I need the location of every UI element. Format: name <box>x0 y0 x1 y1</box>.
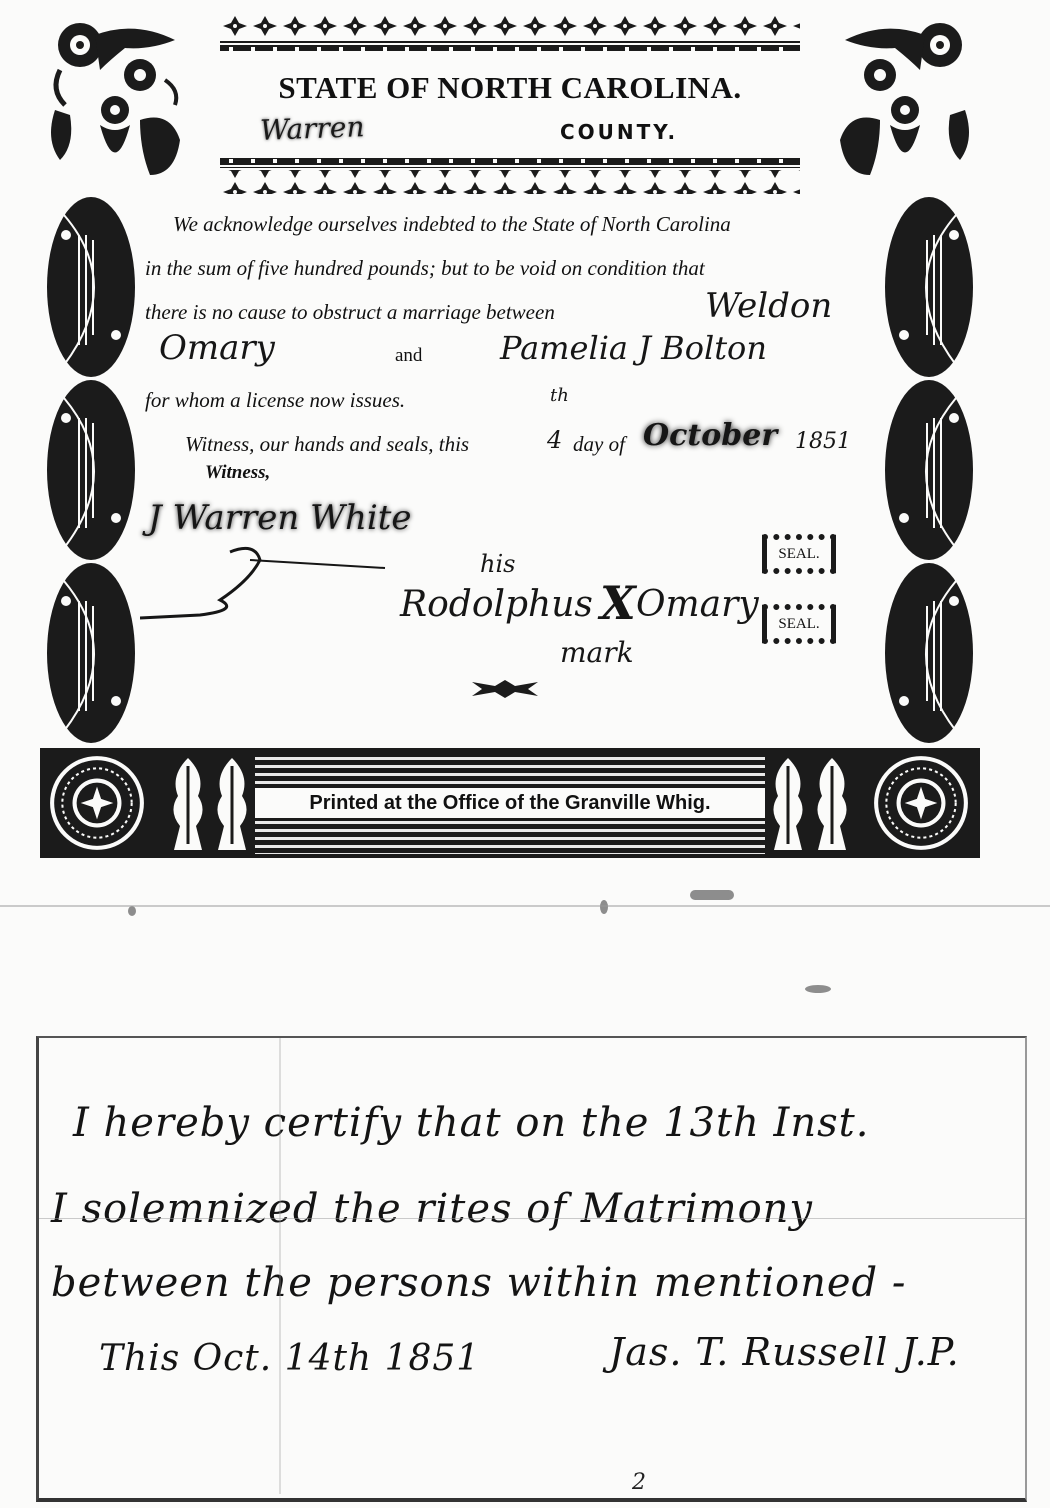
marriage-bond-form: STATE OF NORTH CAROLINA. Warren COUNTY. <box>40 10 980 858</box>
certificate-line-1: I hereby certify that on the 13th Inst. <box>73 1100 869 1146</box>
county-line: Warren COUNTY. <box>220 108 800 152</box>
floral-corner-ornament-icon <box>40 10 190 185</box>
witness-signature: J Warren White <box>148 498 412 538</box>
principal-last-name: Omary <box>636 584 759 625</box>
certificate-line-3: between the persons within mentioned - <box>51 1260 906 1306</box>
groom-last-name: Omary <box>159 326 275 370</box>
bond-line-6: Witness, our hands and seals, this <box>185 422 469 466</box>
form-title: STATE OF NORTH CAROLINA. <box>220 70 800 106</box>
seal-box: SEAL. <box>762 534 836 574</box>
bow-dingbat-icon <box>470 678 540 700</box>
bond-day: 4 <box>547 418 562 462</box>
stain-mark <box>600 900 608 914</box>
bride-name: Pamelia J Bolton <box>500 326 767 370</box>
floral-corner-ornament-icon <box>830 10 980 185</box>
bond-line-1: We acknowledge ourselves indebted to the… <box>173 202 731 246</box>
decorative-border-band <box>220 14 800 54</box>
fold-line <box>279 1038 281 1494</box>
groom-first-name: Weldon <box>705 284 832 328</box>
county-label: COUNTY. <box>560 120 678 144</box>
bond-line-2: in the sum of five hundred pounds; but t… <box>145 246 705 290</box>
day-of-label: day of <box>573 422 625 466</box>
bond-line-5: for whom a license now issues. <box>145 378 405 422</box>
signature-mark-x: X <box>600 576 636 630</box>
page-mark: 2 <box>632 1470 646 1495</box>
certificate-date: This Oct. 14th 1851 <box>99 1338 480 1379</box>
county-handwritten: Warren <box>259 110 365 147</box>
stain-mark <box>805 985 831 993</box>
officiant-signature: Jas. T. Russell J.P. <box>609 1330 960 1374</box>
imprint-area: Printed at the Office of the Granville W… <box>255 752 765 854</box>
plume-ornament-icon <box>168 756 208 852</box>
rosette-medallion-icon <box>870 752 972 854</box>
mark-label: mark <box>560 636 634 669</box>
printer-imprint: Printed at the Office of the Granville W… <box>255 788 765 818</box>
plume-ornament-icon <box>768 756 808 852</box>
decorative-border-band <box>220 156 800 196</box>
rosette-medallion-icon <box>46 752 148 854</box>
fold-line <box>0 905 1050 907</box>
footer-ornament-band: Printed at the Office of the Granville W… <box>40 748 980 858</box>
stain-mark <box>128 906 136 916</box>
seal-box: SEAL. <box>762 604 836 644</box>
bond-month: October <box>643 414 777 458</box>
document-page: { "document": { "type": "Marriage bond (… <box>0 0 1050 1508</box>
fold-line <box>39 1218 1025 1219</box>
plume-ornament-icon <box>812 756 852 852</box>
vine-border-ornament-icon <box>44 195 139 745</box>
and-word: and <box>395 334 422 378</box>
vine-border-ornament-icon <box>881 195 976 745</box>
stain-mark <box>690 890 734 900</box>
officiant-certificate: I hereby certify that on the 13th Inst. … <box>36 1036 1027 1502</box>
bond-year: 1851 <box>795 420 851 464</box>
principal-signature: Rodolphus <box>400 584 593 625</box>
certificate-line-2: I solemnized the rites of Matrimony <box>51 1186 813 1232</box>
plume-ornament-icon <box>212 756 252 852</box>
witness-label: Witness, <box>205 462 270 484</box>
superscript-mark: th <box>550 374 569 418</box>
his-label: his <box>480 550 515 578</box>
